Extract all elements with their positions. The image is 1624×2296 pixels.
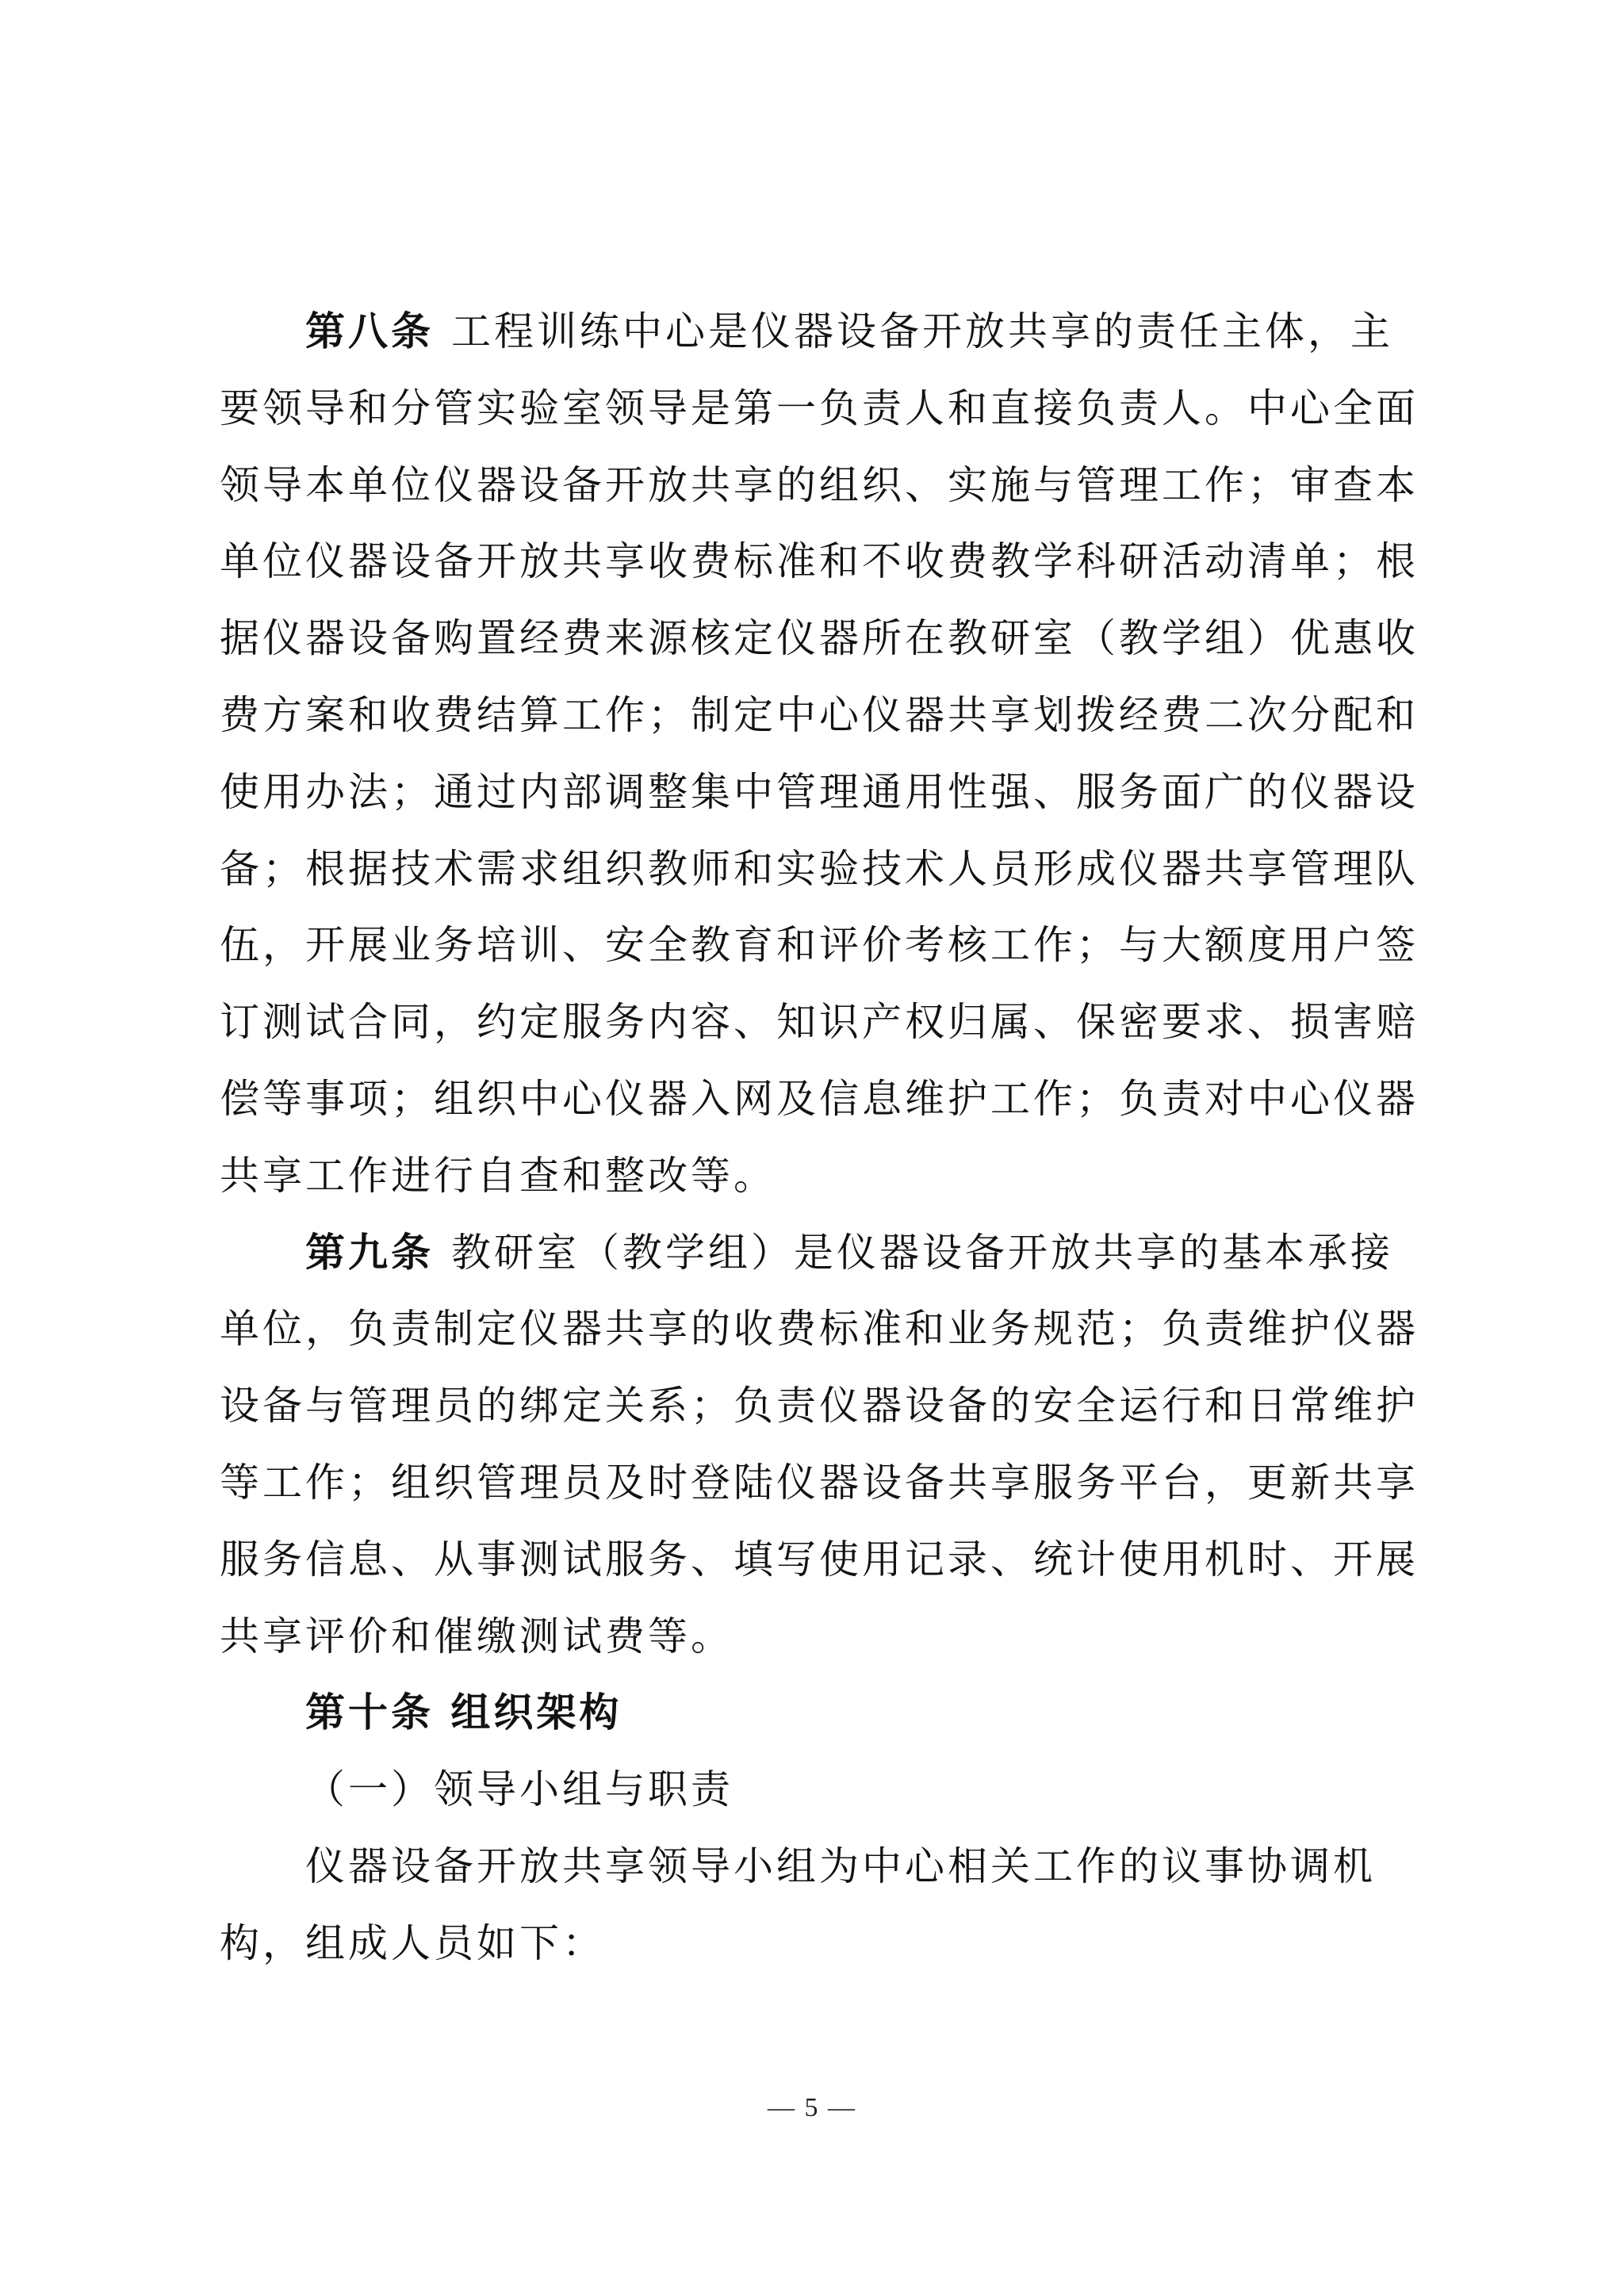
document-page: 第八条工程训练中心是仪器设备开放共享的责任主体，主 要领导和分管实验室领导是第一… [0, 0, 1624, 2296]
paragraph-line: 费方案和收费结算工作；制定中心仪器共享划拨经费二次分配和 [220, 677, 1425, 754]
article-10-heading: 第十条 组织架构 [220, 1674, 1425, 1751]
subsection-heading: （一）领导小组与职责 [220, 1751, 1425, 1828]
page-number: — 5 — [0, 2093, 1624, 2123]
article-8-line-1: 第八条工程训练中心是仪器设备开放共享的责任主体，主 [220, 293, 1425, 370]
paragraph-line: 伍，开展业务培训、安全教育和评价考核工作；与大额度用户签 [220, 907, 1425, 984]
paragraph-line: 要领导和分管实验室领导是第一负责人和直接负责人。中心全面 [220, 370, 1425, 447]
article-9-line-1: 第九条教研室（教学组）是仪器设备开放共享的基本承接 [220, 1215, 1425, 1291]
article-9-text: 教研室（教学组）是仪器设备开放共享的基本承接 [451, 1230, 1393, 1276]
article-8-label: 第八条 [305, 308, 434, 354]
article-9-label: 第九条 [305, 1230, 434, 1276]
paragraph-line: 单位，负责制定仪器共享的收费标准和业务规范；负责维护仪器 [220, 1291, 1425, 1368]
paragraph-line: 共享工作进行自查和整改等。 [220, 1138, 1425, 1215]
paragraph-line: 构，组成人员如下： [220, 1905, 1425, 1982]
paragraph-line: 备；根据技术需求组织教师和实验技术人员形成仪器共享管理队 [220, 831, 1425, 908]
paragraph-line: 使用办法；通过内部调整集中管理通用性强、服务面广的仪器设 [220, 754, 1425, 831]
paragraph-line: 领导本单位仪器设备开放共享的组织、实施与管理工作；审查本 [220, 447, 1425, 524]
paragraph-line: 仪器设备开放共享领导小组为中心相关工作的议事协调机 [220, 1828, 1425, 1905]
paragraph-line: 偿等事项；组织中心仪器入网及信息维护工作；负责对中心仪器 [220, 1061, 1425, 1138]
document-body: 第八条工程训练中心是仪器设备开放共享的责任主体，主 要领导和分管实验室领导是第一… [220, 293, 1425, 1982]
paragraph-line: 订测试合同，约定服务内容、知识产权归属、保密要求、损害赔 [220, 984, 1425, 1061]
paragraph-line: 服务信息、从事测试服务、填写使用记录、统计使用机时、开展 [220, 1521, 1425, 1598]
paragraph-line: 设备与管理员的绑定关系；负责仪器设备的安全运行和日常维护 [220, 1368, 1425, 1445]
paragraph-line: 据仪器设备购置经费来源核定仪器所在教研室（教学组）优惠收 [220, 600, 1425, 677]
paragraph-line: 单位仪器设备开放共享收费标准和不收费教学科研活动清单；根 [220, 523, 1425, 600]
article-8-text: 工程训练中心是仪器设备开放共享的责任主体，主 [451, 308, 1393, 354]
paragraph-line: 共享评价和催缴测试费等。 [220, 1598, 1425, 1675]
paragraph-line: 等工作；组织管理员及时登陆仪器设备共享服务平台，更新共享 [220, 1445, 1425, 1521]
